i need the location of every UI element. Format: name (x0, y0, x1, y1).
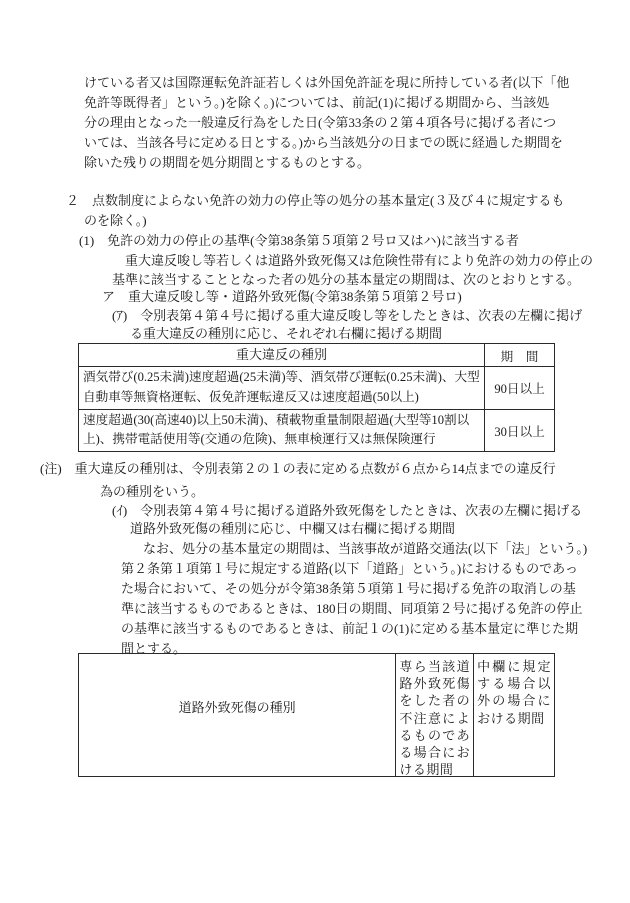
note-line: (注) 重大違反の種別は、令別表第２の１の表に定める点数が６点から14点までの違… (40, 461, 556, 476)
major-violation-table: 重大違反の種別 期 間 酒気帯び(0.25未満)速度超過(25未満)等、酒気帯び… (78, 343, 555, 452)
table-header-row: 重大違反の種別 期 間 (79, 344, 554, 366)
item-a2-line: の基準に該当するものであるときは、前記１の(1)に定める基本量定に準じた期 (121, 621, 578, 636)
item-a-line: ア 重大違反唆し等・道路外致死傷(令第38条第５項第２号ロ) (102, 289, 462, 304)
item-a2-line: 準に該当するものであるときは、180日の期間、同項第２号に掲げる免許の停止 (121, 601, 583, 616)
intro-line: 免許等既得者」という。)を除く。)については、前記(1)に掲げる期間から、当該処 (84, 95, 549, 110)
cell-text: 速度超過(30(高速40)以上50未満)、積載物重量制限超過(大型等10割以上)… (83, 411, 480, 450)
intro-line: 除いた残りの期間を処分期間とするものとする。 (84, 155, 370, 170)
item-a2-line: なお、処分の基本量定の期間は、当該事故が道路交通法(以下「法」という。) (143, 541, 587, 556)
item-a2-line: 第２条第１項第１号に規定する道路(以下「道路」という。)におけるものであっ (121, 561, 578, 576)
item-a2-line: た場合において、その処分が令第38条第５項第１号に掲げる免許の取消しの基 (121, 581, 576, 596)
table-row: 酒気帯び(0.25未満)速度超過(25未満)等、酒気帯び運転(0.25未満)、大… (79, 366, 554, 409)
item-a2-line: (ｲ) 令別表第４第４号に掲げる道路外致死傷をしたときは、次表の左欄に掲げる (112, 503, 582, 518)
cell-violation-type: 酒気帯び(0.25未満)速度超過(25未満)等、酒気帯び運転(0.25未満)、大… (79, 367, 485, 409)
item-1-body-line: 基準に該当することとなった者の処分の基本量定の期間は、次のとおりとする。 (112, 272, 580, 287)
item-1-body-line: 重大違反唆し等若しくは道路外致死傷又は危険性帯有により免許の効力の停止の (125, 253, 593, 268)
item-a1-line: る重大違反の種別に応じ、それぞれ右欄に掲げる期間 (130, 326, 442, 341)
header-cell-casualty-type: 道路外致死傷の種別 (79, 654, 396, 776)
intro-line: 分の理由となった一般違反行為をした日(令第33条の２第４項各号に掲げる者につ (84, 115, 556, 130)
cell-period: 30日以上 (485, 410, 554, 452)
header-cell-violation-type: 重大違反の種別 (79, 344, 485, 366)
cell-violation-type: 速度超過(30(高速40)以上50未満)、積載物重量制限超過(大型等10割以上)… (79, 410, 485, 452)
header-cell-period: 期 間 (485, 344, 554, 366)
offroad-casualty-table: 道路外致死傷の種別 専ら当該道路外致死傷をした者の不注意によるものである場合にお… (78, 653, 555, 777)
cell-text: 酒気帯び(0.25未満)速度超過(25未満)等、酒気帯び運転(0.25未満)、大… (83, 368, 480, 407)
header-cell-negligence-period: 専ら当該道路外致死傷をした者の不注意によるものである場合における期間 (396, 654, 474, 776)
item-a1-line: (ｱ) 令別表第４第４号に掲げる重大違反唆し等をしたときは、次表の左欄に掲げ (112, 308, 582, 323)
note-line: 為の種別をいう。 (100, 484, 204, 499)
document-page: けている者又は国際運転免許証若しくは外国免許証を現に所持している者(以下「他 免… (0, 0, 630, 903)
item-a2-line: 道路外致死傷の種別に応じ、中欄又は右欄に掲げる期間 (130, 521, 455, 536)
cell-period: 90日以上 (485, 367, 554, 409)
section2-heading-line: のを除く。) (84, 213, 147, 228)
header-cell-other-period: 中欄に規定する場合以外の場合における期間 (474, 654, 554, 776)
item-1-line: (1) 免許の効力の停止の基準(令第38条第５項第２号ロ又はハ)に該当する者 (79, 233, 519, 248)
intro-line: けている者又は国際運転免許証若しくは外国免許証を現に所持している者(以下「他 (84, 75, 569, 90)
intro-line: いては、当該各号に定める日とする。)から当該処分の日までの既に経過した期間を (84, 135, 563, 150)
table-row: 速度超過(30(高速40)以上50未満)、積載物重量制限超過(大型等10割以上)… (79, 409, 554, 452)
section2-heading-line: ２ 点数制度によらない免許の効力の停止等の処分の基本量定(３及び４に規定するも (66, 193, 564, 208)
